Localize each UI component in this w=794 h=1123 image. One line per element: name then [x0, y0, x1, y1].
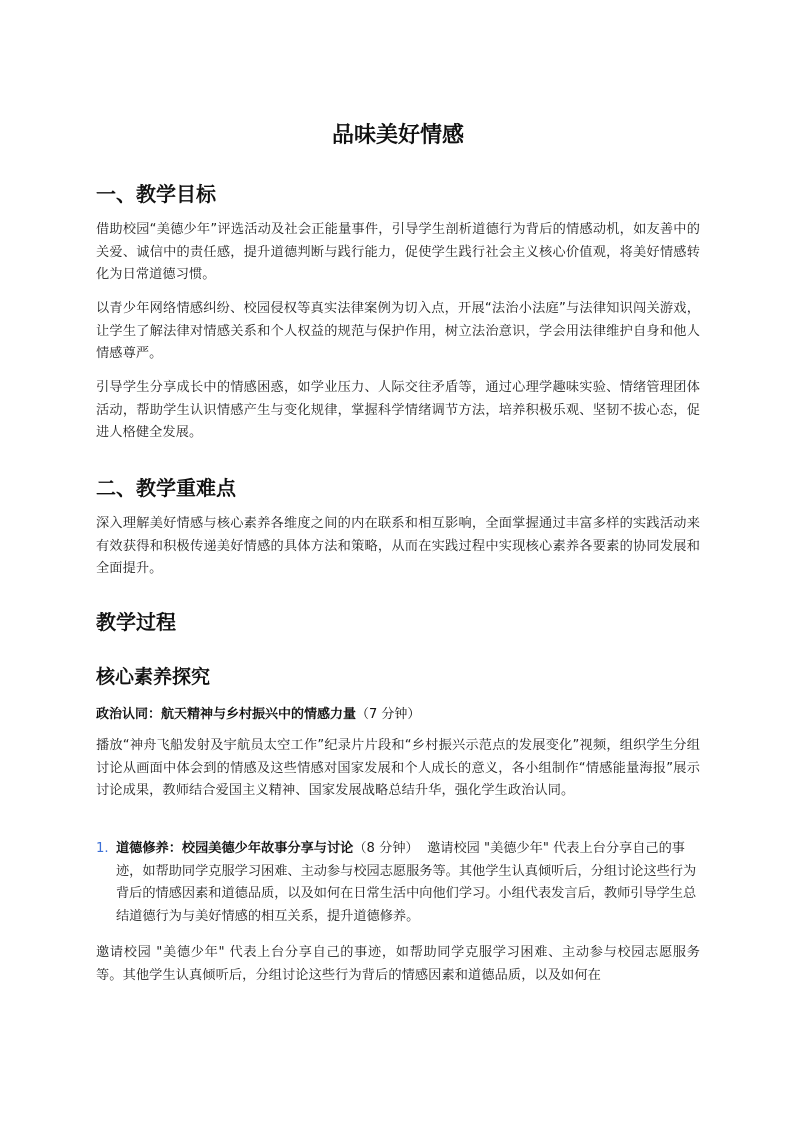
subheading-duration: （7 分钟）	[356, 707, 420, 722]
political-identity-paragraph: 播放“神舟飞船发射及宇航员太空工作”纪录片片段和“乡村振兴示范点的发展变化”视频…	[96, 735, 700, 803]
trailing-paragraph: 邀请校园 "美德少年" 代表上台分享自己的事迹，如帮助同学克服学习困难、主动参与…	[96, 942, 700, 987]
goal-paragraph-2: 以青少年网络情感纠纷、校园侵权等真实法律案例为切入点，开展“法治小法庭”与法律知…	[96, 298, 700, 366]
section-heading-teaching-process: 教学过程	[96, 608, 176, 636]
document-title: 品味美好情感	[96, 121, 700, 151]
key-points-paragraph: 深入理解美好情感与核心素养各维度之间的内在联系和相互影响，全面掌握通过丰富多样的…	[96, 513, 700, 581]
goal-paragraph-1: 借助校园“美德少年”评选活动及社会正能量事件，引导学生剖析道德行为背后的情感动机…	[96, 219, 700, 287]
goal-paragraph-3: 引导学生分享成长中的情感困惑，如学业压力、人际交往矛盾等，通过心理学趣味实验、情…	[96, 377, 700, 445]
list-number: 1.	[96, 838, 109, 861]
section-heading-core-literacy: 核心素养探究	[96, 664, 210, 690]
section-heading-key-points: 二、教学重难点	[96, 474, 236, 502]
list-item-title: 道德修养：校园美德少年故事分享与讨论	[116, 841, 353, 856]
subheading-political-identity: 政治认同：航天精神与乡村振兴中的情感力量（7 分钟）	[96, 704, 420, 726]
list-item: 1. 道德修养：校园美德少年故事分享与讨论（8 分钟） 邀请校园 "美德少年" …	[96, 838, 700, 928]
list-item-duration: （8 分钟）	[353, 841, 418, 856]
section-heading-teaching-goals: 一、教学目标	[96, 180, 216, 208]
subheading-title: 政治认同：航天精神与乡村振兴中的情感力量	[96, 707, 356, 722]
